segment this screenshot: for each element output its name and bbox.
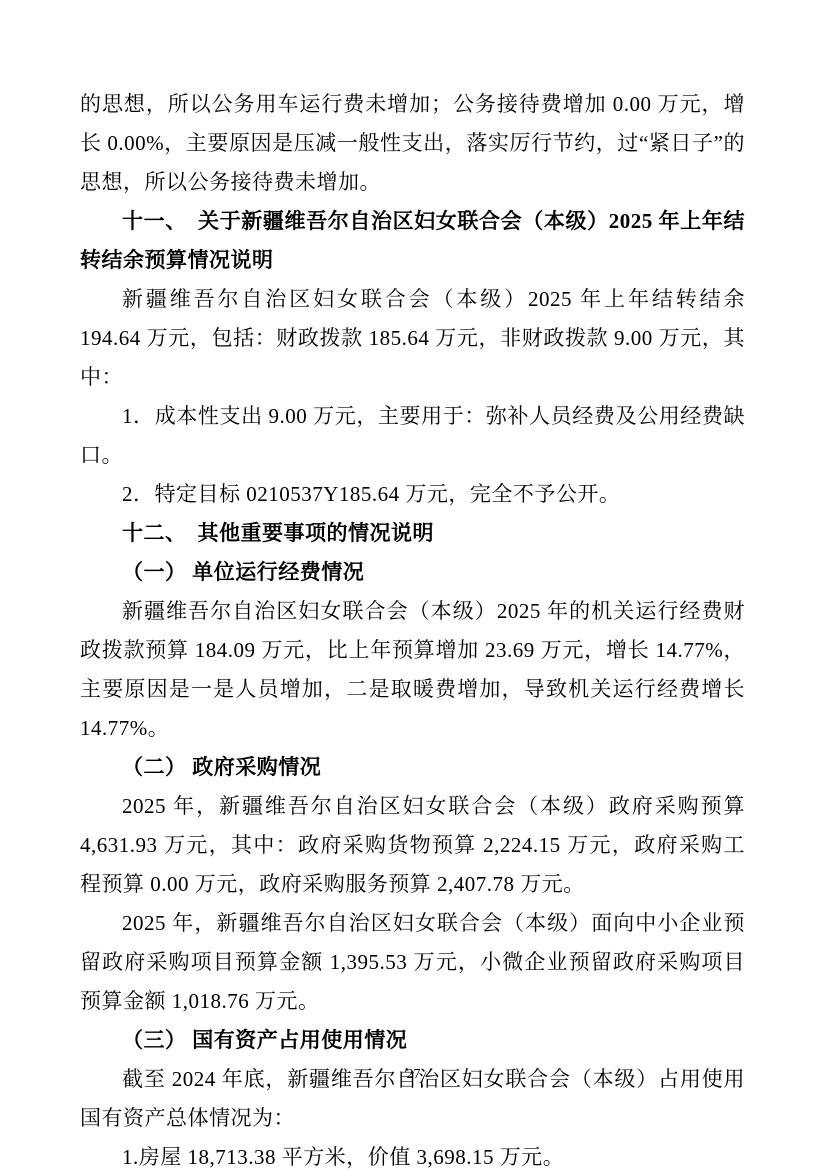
para-item-1-cost-expense: 1．成本性支出 9.00 万元，主要用于：弥补人员经费及公用经费缺口。 — [80, 397, 745, 475]
heading-section-12-other-matters: 十二、 其他重要事项的情况说明 — [80, 514, 745, 553]
para-housing-assets: 1.房屋 18,713.38 平方米，价值 3,698.15 万元。 — [80, 1138, 745, 1170]
document-page: 的思想，所以公务用车运行费未增加；公务接待费增加 0.00 万元，增长 0.00… — [0, 0, 827, 1170]
heading-government-procurement: （二） 政府采购情况 — [80, 748, 745, 787]
para-sme-reserved-procurement: 2025 年，新疆维吾尔自治区妇女联合会（本级）面向中小企业预留政府采购项目预算… — [80, 904, 745, 1021]
page-number: 27 — [0, 1066, 827, 1084]
heading-unit-operating-cost: （一） 单位运行经费情况 — [80, 553, 745, 592]
para-unit-operating-cost: 新疆维吾尔自治区妇女联合会（本级）2025 年的机关运行经费财政拨款预算 184… — [80, 592, 745, 748]
para-carryover-summary: 新疆维吾尔自治区妇女联合会（本级）2025 年上年结转结余 194.64 万元，… — [80, 280, 745, 397]
page-content: 的思想，所以公务用车运行费未增加；公务接待费增加 0.00 万元，增长 0.00… — [80, 85, 745, 1170]
para-procurement-budget: 2025 年，新疆维吾尔自治区妇女联合会（本级）政府采购预算 4,631.93 … — [80, 787, 745, 904]
para-item-2-specific-goal: 2．特定目标 0210537Y185.64 万元，完全不予公开。 — [80, 475, 745, 514]
para-official-reception-expense: 的思想，所以公务用车运行费未增加；公务接待费增加 0.00 万元，增长 0.00… — [80, 85, 745, 202]
heading-section-11-carryover-funds: 十一、 关于新疆维吾尔自治区妇女联合会（本级）2025 年上年结转结余预算情况说… — [80, 202, 745, 280]
heading-state-assets-usage: （三） 国有资产占用使用情况 — [80, 1021, 745, 1060]
